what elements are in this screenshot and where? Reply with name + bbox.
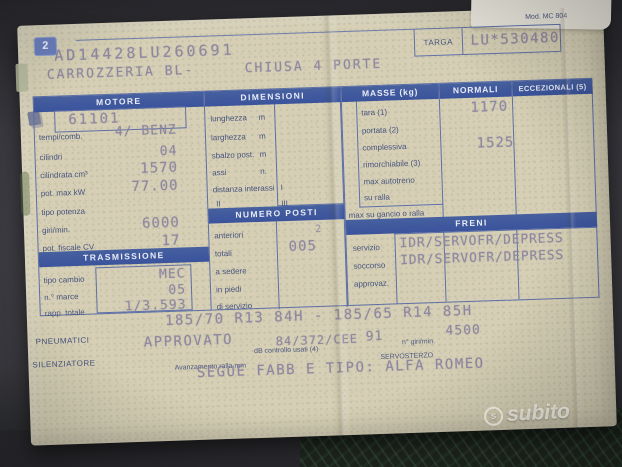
field-label: su ralla bbox=[364, 193, 390, 203]
targa-box: TARGA LU*530480 bbox=[414, 24, 562, 57]
tape-mark bbox=[15, 64, 28, 92]
watermark-text: subito bbox=[506, 400, 570, 427]
unit-label: m bbox=[259, 132, 266, 141]
field-value: 4/ BENZ bbox=[55, 124, 177, 141]
main-table: MOTORE DIMENSIONI MASSE (kg) NORMALI ECC… bbox=[33, 78, 600, 316]
value-box-posti bbox=[276, 219, 348, 309]
field-value: 77.00 bbox=[56, 180, 178, 197]
body-type-text: CHIUSA 4 PORTE bbox=[245, 58, 383, 76]
field-label: assi bbox=[212, 168, 227, 177]
field-label: max autotreno bbox=[363, 176, 414, 187]
field-label: larghezza bbox=[211, 132, 246, 142]
field-label: n.° marce bbox=[44, 292, 79, 302]
unit-label: m bbox=[258, 113, 265, 122]
serial-number: AD14428LU260691 bbox=[54, 44, 235, 63]
value-box-dimensioni bbox=[274, 102, 344, 206]
field-label: rimorchiabile (3) bbox=[363, 159, 421, 170]
field-label: rapp. totale bbox=[45, 308, 85, 318]
field-label: lunghezza bbox=[210, 113, 247, 123]
photo-scene: Mod. MC 804 2 AD14428LU260691 CARROZZERI… bbox=[0, 0, 622, 467]
approvato-value: APPROVATO bbox=[144, 334, 234, 350]
field-label: anteriori bbox=[214, 230, 243, 240]
field-value: 6000 bbox=[58, 217, 180, 234]
column-divider bbox=[203, 92, 211, 310]
targa-value: LU*530480 bbox=[470, 31, 560, 47]
field-value: 1525 bbox=[476, 136, 514, 150]
field-label: SILENZIATORE bbox=[32, 358, 95, 369]
field-label: sbalzo post. bbox=[211, 150, 254, 160]
field-value bbox=[57, 200, 179, 204]
field-value: 04 bbox=[55, 145, 177, 162]
field-value: 1170 bbox=[470, 101, 508, 115]
db-value: 91 bbox=[365, 330, 383, 344]
field-label: tipo cambio bbox=[44, 275, 85, 285]
field-label: distanza interassi bbox=[213, 183, 275, 194]
field-label: tipo potenza bbox=[41, 207, 85, 217]
stain-mark bbox=[20, 172, 30, 216]
top-rule bbox=[76, 29, 414, 41]
field-label: servizio bbox=[353, 243, 380, 253]
field-label: in piedi bbox=[216, 285, 242, 295]
carrozzeria-text: CARROZZERIA BL- bbox=[47, 64, 195, 82]
unit-label: I bbox=[281, 183, 284, 192]
section-header-eccezionali: ECCEZIONALI (5) bbox=[512, 79, 592, 97]
targa-label: TARGA bbox=[415, 28, 463, 56]
field-value: 005 bbox=[288, 240, 317, 254]
giri-value: 4500 bbox=[445, 324, 481, 338]
field-label: totali bbox=[215, 249, 232, 259]
field-label: complessiva bbox=[362, 142, 406, 152]
unit-label: n. bbox=[260, 167, 267, 176]
field-label: n° giri/min. bbox=[402, 337, 435, 347]
field-value: 2 bbox=[315, 223, 322, 236]
document-paper: Mod. MC 804 2 AD14428LU260691 CARROZZERI… bbox=[17, 6, 617, 445]
section-header-normali: NORMALI bbox=[439, 81, 511, 98]
watermark: s subito bbox=[483, 400, 570, 428]
field-label: PNEUMATICI bbox=[36, 336, 90, 347]
unit-label: II bbox=[216, 199, 221, 208]
field-label: tara (1) bbox=[361, 108, 387, 118]
field-value: 17 bbox=[58, 235, 180, 252]
model-label: Mod. MC 804 bbox=[525, 12, 567, 22]
field-label: dB controllo usati (4) bbox=[254, 345, 318, 356]
field-label: soccorso bbox=[353, 261, 385, 271]
unit-label: III bbox=[281, 199, 288, 208]
field-label: approvaz. bbox=[354, 279, 389, 289]
watermark-logo-icon: s bbox=[484, 406, 504, 426]
field-label: portata (2) bbox=[362, 125, 399, 135]
field-value: 1570 bbox=[56, 162, 178, 179]
field-value: MEC bbox=[99, 267, 185, 283]
field-label: a sedere bbox=[215, 266, 246, 276]
unit-label: m bbox=[259, 150, 266, 159]
